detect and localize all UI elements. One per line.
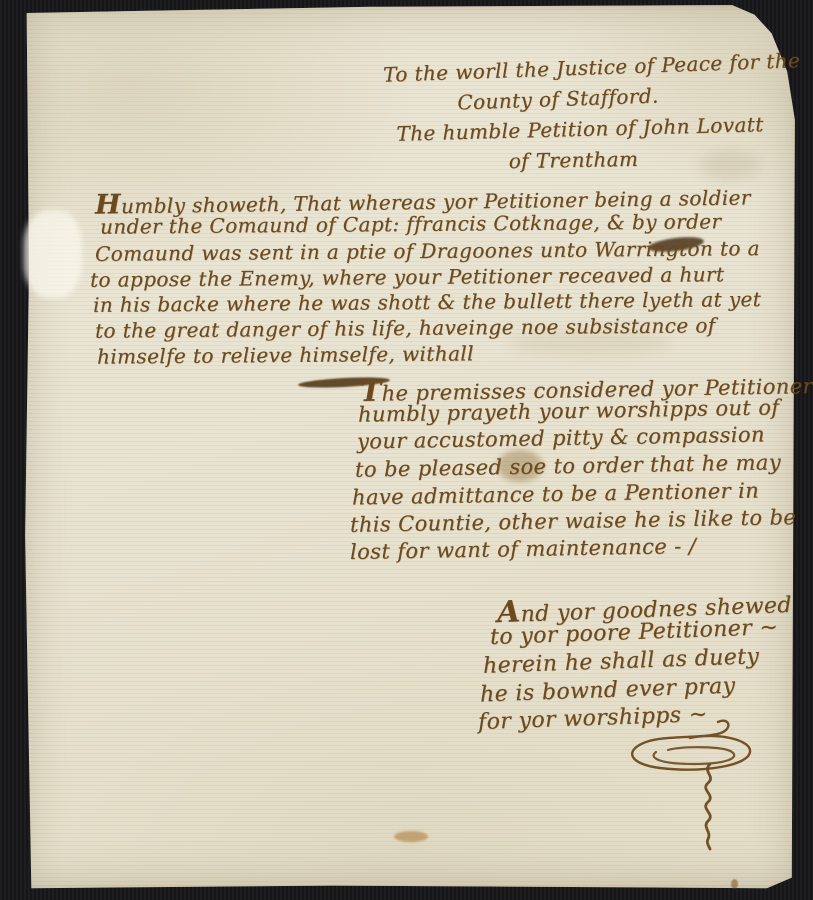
signature-flourish (598, 716, 788, 856)
body-line: to appose the Enemy, where your Petition… (90, 263, 725, 291)
ink-stain (731, 879, 738, 889)
body-line: Comaund was sent in a ptie of Dragoones … (95, 237, 760, 265)
paper-smudge (700, 150, 760, 180)
body-line: to the great danger of his life, haveing… (95, 314, 716, 341)
body-line: himselfe to relieve himselfe, withall (97, 342, 474, 367)
ink-stain (394, 831, 428, 842)
scanned-document-image: To the worll the Justice of Peace for th… (0, 0, 813, 900)
heading-line-place: of Trentham (466, 147, 681, 173)
body-line: under the Comaund of Capt: ffrancis Cotk… (100, 210, 722, 237)
body-line: in his backe where he was shott & the bu… (93, 288, 761, 316)
paper-repair-patch (24, 210, 82, 298)
